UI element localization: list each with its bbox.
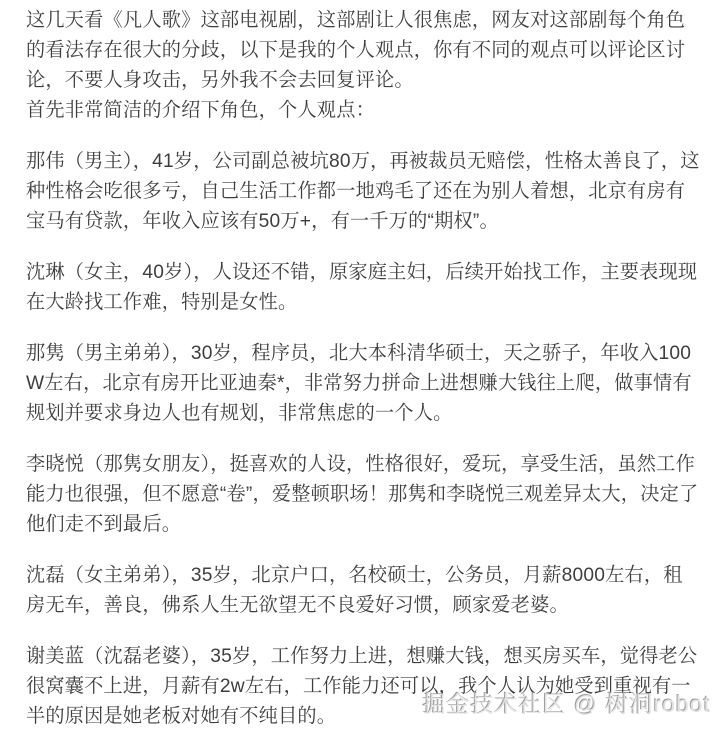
- character-paragraph-lixiaoyue: 李晓悦（那隽女朋友），挺喜欢的人设，性格很好，爱玩，享受生活，虽然工作能力也很强…: [26, 450, 701, 540]
- character-paragraph-xiemeilan: 谢美蓝（沈磊老婆），35岁，工作努力上进，想赚大钱，想买房买车，觉得老公很窝囊不…: [26, 642, 701, 732]
- character-paragraph-najun: 那隽（男主弟弟），30岁，程序员，北大本科清华硕士，天之骄子，年收入100W左右…: [26, 339, 701, 429]
- intro-paragraph: 这几天看《凡人歌》这部电视剧，这部剧让人很焦虑，网友对这部剧每个角色的看法存在很…: [26, 6, 701, 96]
- post-article: 这几天看《凡人歌》这部电视剧，这部剧让人很焦虑，网友对这部剧每个角色的看法存在很…: [0, 0, 727, 739]
- character-paragraph-shenlei: 沈磊（女主弟弟），35岁，北京户口，名校硕士，公务员，月薪8000左右，租房无车…: [26, 561, 701, 621]
- character-paragraph-nawei: 那伟（男主），41岁，公司副总被坑80万，再被裁员无赔偿，性格太善良了，这种性格…: [26, 147, 701, 237]
- character-paragraph-shenlin: 沈琳（女主，40岁），人设还不错，原家庭主妇，后续开始找工作，主要表现现在大龄找…: [26, 258, 701, 318]
- section-lead: 首先非常简洁的介绍下角色，个人观点：: [26, 96, 701, 126]
